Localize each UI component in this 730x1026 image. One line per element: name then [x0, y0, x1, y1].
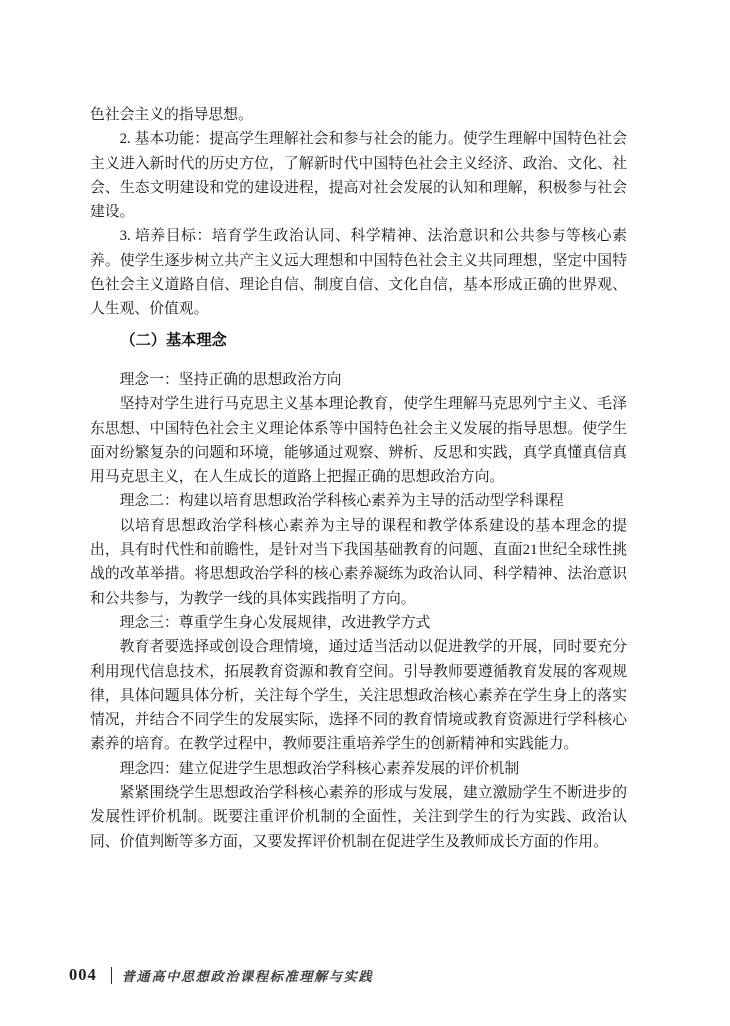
body-paragraph: 紧紧围绕学生思想政治学科核心素养的形成与发展，建立激励学生不断进步的发展性评价机…	[90, 781, 627, 854]
concept-line: 理念三：尊重学生身心发展规律，改进教学方式	[90, 611, 627, 635]
footer-book-title: 普通高中思想政治课程标准理解与实践	[122, 966, 373, 985]
concept-line: 理念二：构建以培育思想政治学科核心素养为主导的活动型学科课程	[90, 489, 627, 513]
book-page: 色社会主义的指导思想。 2. 基本功能：提高学生理解社会和参与社会的能力。使学生…	[0, 0, 730, 1026]
body-paragraph: 色社会主义的指导思想。	[90, 103, 627, 127]
body-paragraph: 以培育思想政治学科核心素养为主导的课程和教学体系建设的基本理念的提出，具有时代性…	[90, 514, 627, 611]
concept-line: 理念一：坚持正确的思想政治方向	[90, 368, 627, 392]
page-number: 004	[69, 965, 97, 985]
section-heading: （二）基本理念	[90, 329, 627, 353]
body-paragraph: 坚持对学生进行马克思主义基本理论教育，使学生理解马克思列宁主义、毛泽东思想、中国…	[90, 392, 627, 489]
page-content: 色社会主义的指导思想。 2. 基本功能：提高学生理解社会和参与社会的能力。使学生…	[90, 103, 627, 854]
body-paragraph: 2. 基本功能：提高学生理解社会和参与社会的能力。使学生理解中国特色社会主义进入…	[90, 127, 627, 224]
body-paragraph: 3. 培养目标：培育学生政治认同、科学精神、法治意识和公共参与等核心素养。使学生…	[90, 224, 627, 321]
page-footer: 004 普通高中思想政治课程标准理解与实践	[69, 963, 373, 987]
concept-line: 理念四：建立促进学生思想政治学科核心素养发展的评价机制	[90, 757, 627, 781]
footer-divider-bar	[111, 967, 112, 984]
body-paragraph: 教育者要选择或创设合理情境，通过适当活动以促进教学的开展，同时要充分利用现代信息…	[90, 635, 627, 756]
